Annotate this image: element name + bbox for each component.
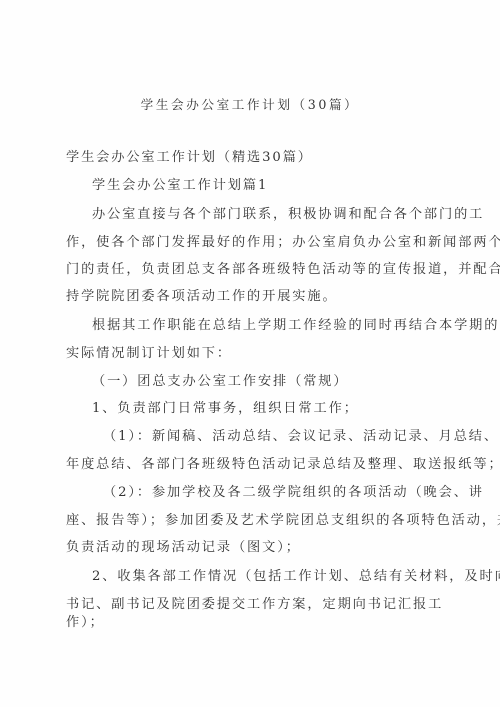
paragraph-line: （2）：参加学校及各二级学院组织的各项活动（晚会、讲 bbox=[103, 484, 484, 502]
paragraph-line: 持学院院团委各项活动工作的开展实施。 bbox=[66, 288, 338, 306]
paragraph-line: 负责活动的现场活动记录（图文）； bbox=[66, 539, 301, 557]
document-title: 学生会办公室工作计划（30篇） bbox=[0, 96, 500, 114]
list-item: 1、负责部门日常事务，组织日常工作； bbox=[92, 400, 359, 418]
paragraph-line: 办公室直接与各个部门联系，积极协调和配合各个部门的工 bbox=[92, 206, 484, 224]
document-subtitle: 学生会办公室工作计划（精选30篇） bbox=[66, 149, 313, 167]
paragraph-line: 门的责任，负责团总支各部各班级特色活动等的宣传报道，并配合支 bbox=[66, 261, 500, 279]
paragraph-line: 座、报告等）；参加团委及艺术学院团总支组织的各项特色活动，并 bbox=[66, 512, 500, 530]
paragraph-line: 实际情况制订计划如下： bbox=[66, 345, 232, 363]
paragraph-line: 根据其工作职能在总结上学期工作经验的同时再结合本学期的 bbox=[92, 317, 499, 335]
paragraph-line: 作）； bbox=[66, 614, 105, 632]
section-heading: 学生会办公室工作计划篇1 bbox=[92, 177, 268, 195]
paragraph-line: 年度总结、各部门各班级特色活动记录总结及整理、取送报纸等； bbox=[66, 456, 500, 474]
document-page: 学生会办公室工作计划（30篇） 学生会办公室工作计划（精选30篇） 学生会办公室… bbox=[0, 0, 500, 707]
paragraph-line: （1）：新闻稿、活动总结、会议记录、活动记录、月总结、 bbox=[103, 428, 499, 446]
paragraph-line: 书记、副书记及院团委提交工作方案，定期向书记汇报工 bbox=[66, 596, 443, 614]
paragraph-line: 作，使各个部门发挥最好的作用；办公室肩负办公室和新闻部两个部 bbox=[66, 234, 500, 252]
section-subheading: （一）团总支办公室工作安排（常规） bbox=[92, 373, 349, 391]
list-item: 2、收集各部工作情况（包括工作计划、总结有关材料，及时向 bbox=[92, 568, 500, 586]
